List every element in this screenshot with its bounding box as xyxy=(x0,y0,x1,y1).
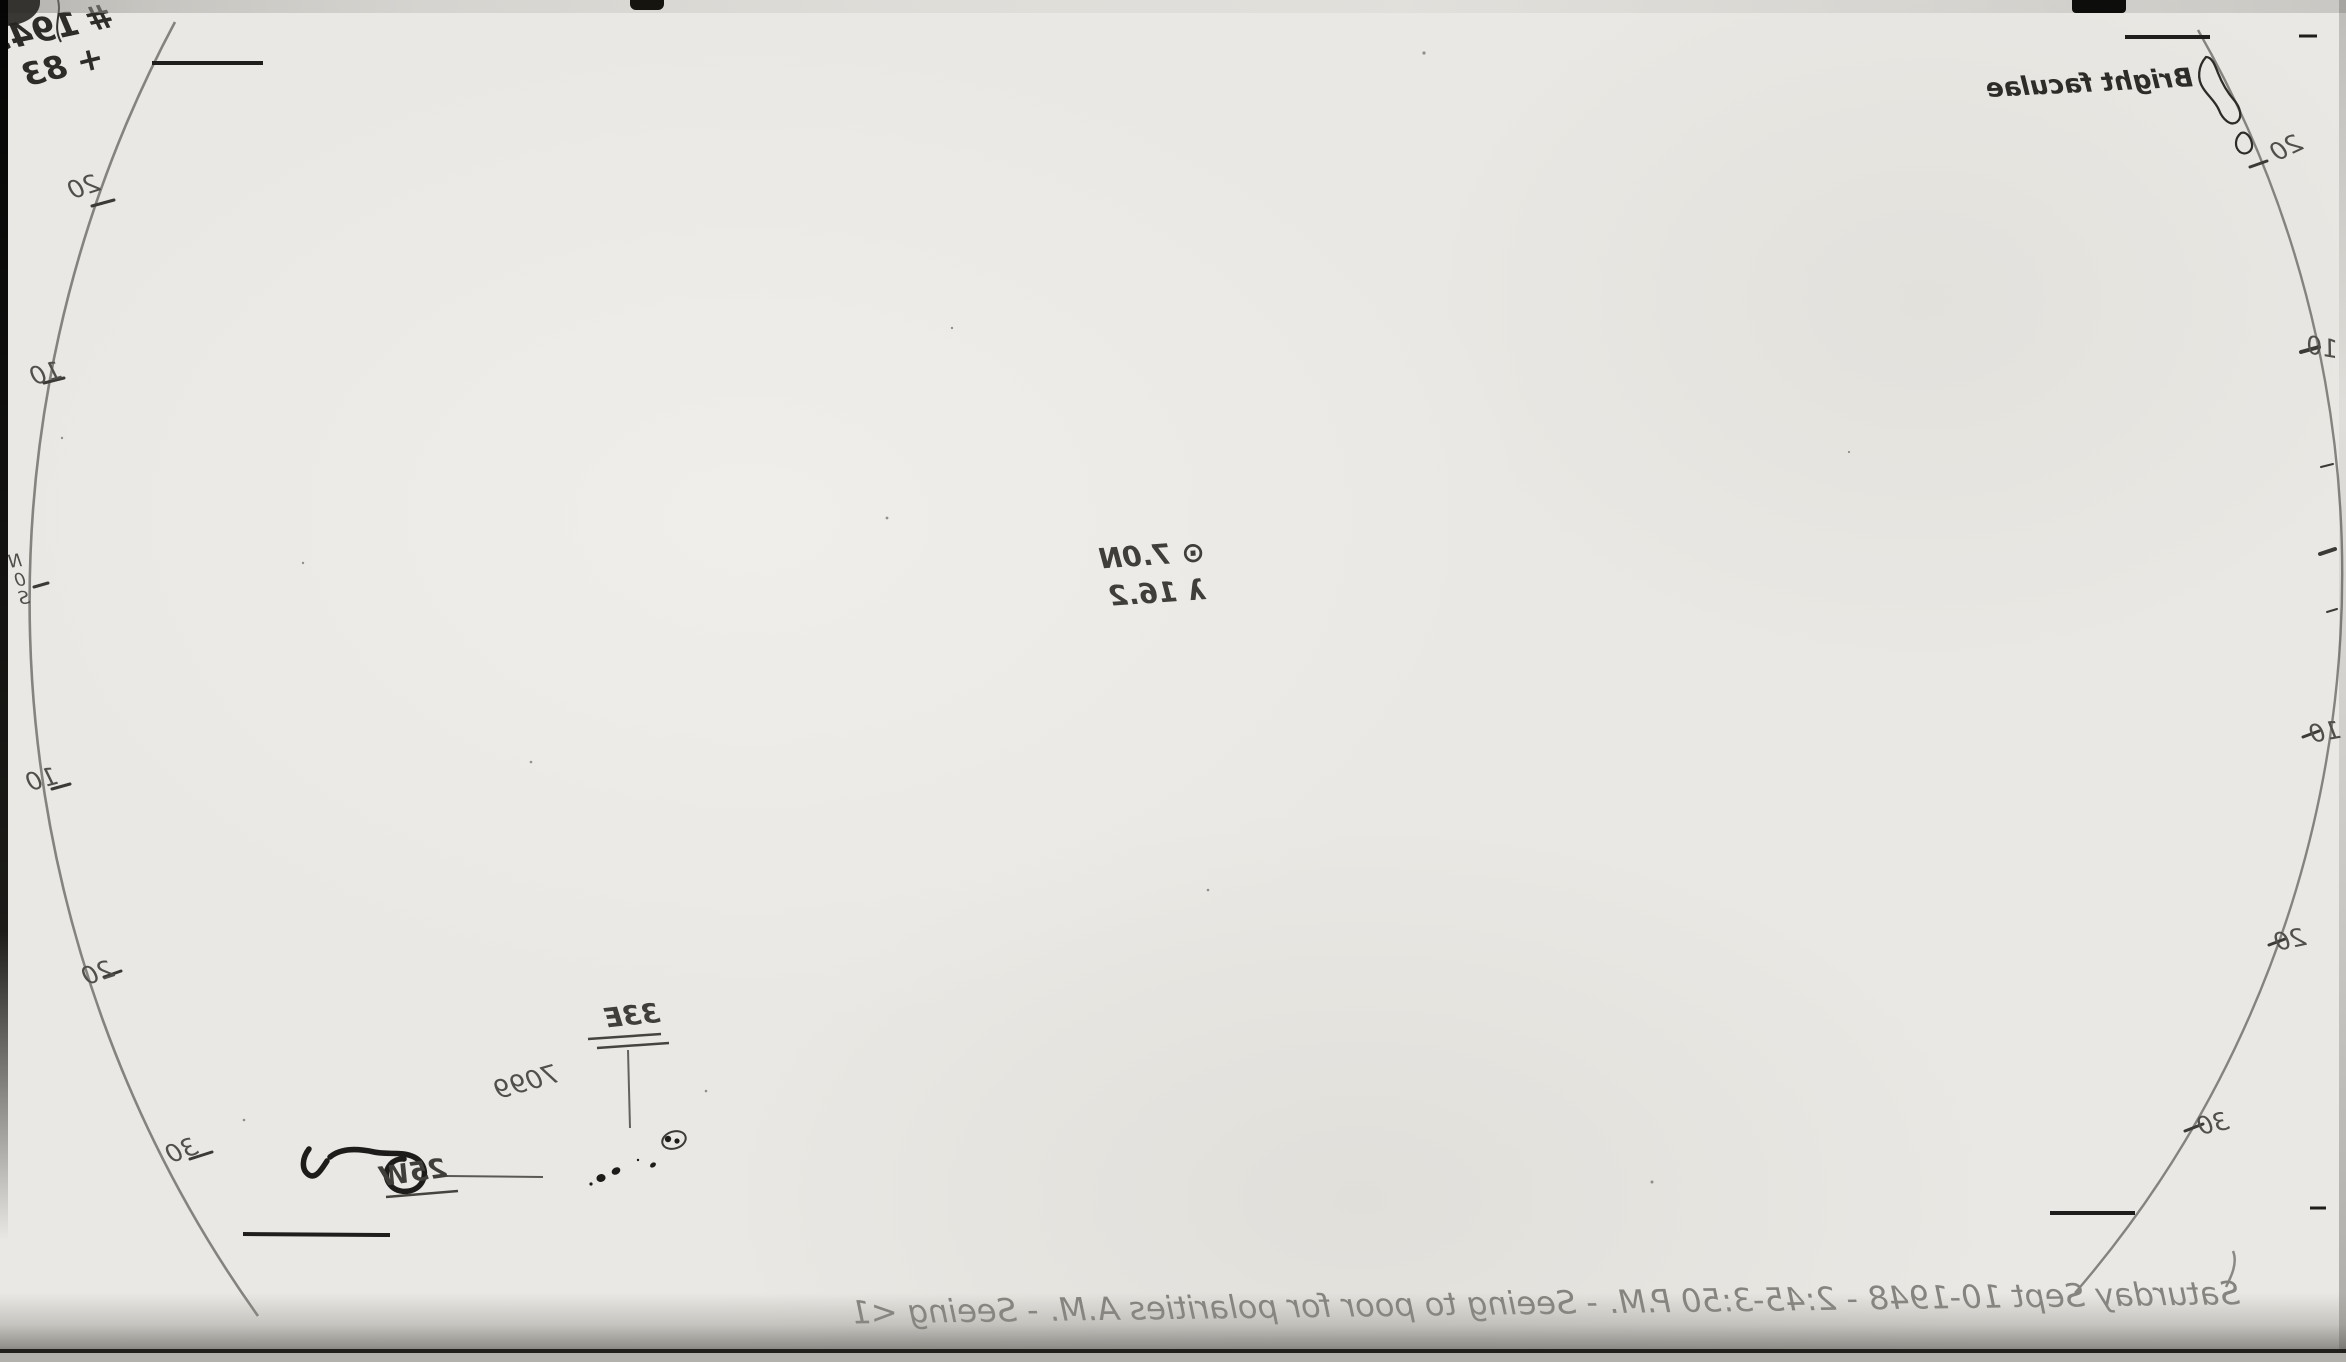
top-edge-dark-blob xyxy=(630,0,664,10)
speck xyxy=(1422,51,1425,54)
solar-limb-arc-left xyxy=(30,22,258,1316)
group-east-underline-1 xyxy=(588,1034,661,1039)
speck xyxy=(302,562,304,564)
speck xyxy=(1651,1181,1654,1184)
tick-mark xyxy=(2321,464,2333,467)
spot-sketch-curl xyxy=(303,1149,327,1176)
latitude-ticks-right xyxy=(2185,161,2337,1131)
sunspot-umbra xyxy=(674,1138,679,1143)
speck xyxy=(705,1090,708,1093)
sunspot-dot xyxy=(589,1182,592,1185)
speck xyxy=(886,517,889,520)
speck xyxy=(61,437,63,439)
sunspot-dot xyxy=(596,1173,607,1183)
tick-mark xyxy=(34,583,48,587)
tick-mark xyxy=(2320,549,2335,554)
sunspot-dot xyxy=(649,1161,657,1168)
group-west-pointer-line xyxy=(447,1176,543,1177)
faculae-outline-large xyxy=(2199,57,2240,123)
speck xyxy=(951,327,953,329)
speck xyxy=(243,1119,246,1122)
tick-mark xyxy=(2327,609,2337,612)
speck xyxy=(530,761,533,764)
sunspot-dot xyxy=(610,1166,621,1176)
group-east-leader-line xyxy=(628,1050,630,1128)
sunspot-umbra xyxy=(665,1136,671,1142)
bottom-edge-tail-strip xyxy=(0,1353,2346,1362)
scanned-solar-drawing-sheet: # 1945 + 83 Bright faculae ⊙ 7.0N λ 16.2… xyxy=(0,0,2346,1362)
left-edge-scan-strip xyxy=(0,0,8,1240)
group-east-limb-label: 33E xyxy=(599,999,662,1035)
paper-specks xyxy=(61,51,1850,1183)
right-edge-scan-strip xyxy=(2339,0,2346,1362)
latitude-ticks-left xyxy=(34,200,212,1159)
speck xyxy=(1848,451,1850,453)
bottom-edge-shadow-band xyxy=(0,1293,2346,1350)
speck xyxy=(1207,889,1210,892)
corner-index-lines xyxy=(152,36,2326,1235)
sunspot-penumbra-ring xyxy=(660,1128,688,1152)
top-edge-scan-band xyxy=(0,0,2346,13)
group-east-underline-2 xyxy=(597,1043,669,1048)
drawing-shapes-layer xyxy=(0,0,2346,1362)
sunspot-dot xyxy=(637,1159,639,1161)
index-line-bottom-left xyxy=(243,1234,390,1235)
top-edge-dark-blob xyxy=(2072,0,2126,13)
solar-limb-arc-right xyxy=(2075,30,2342,1293)
